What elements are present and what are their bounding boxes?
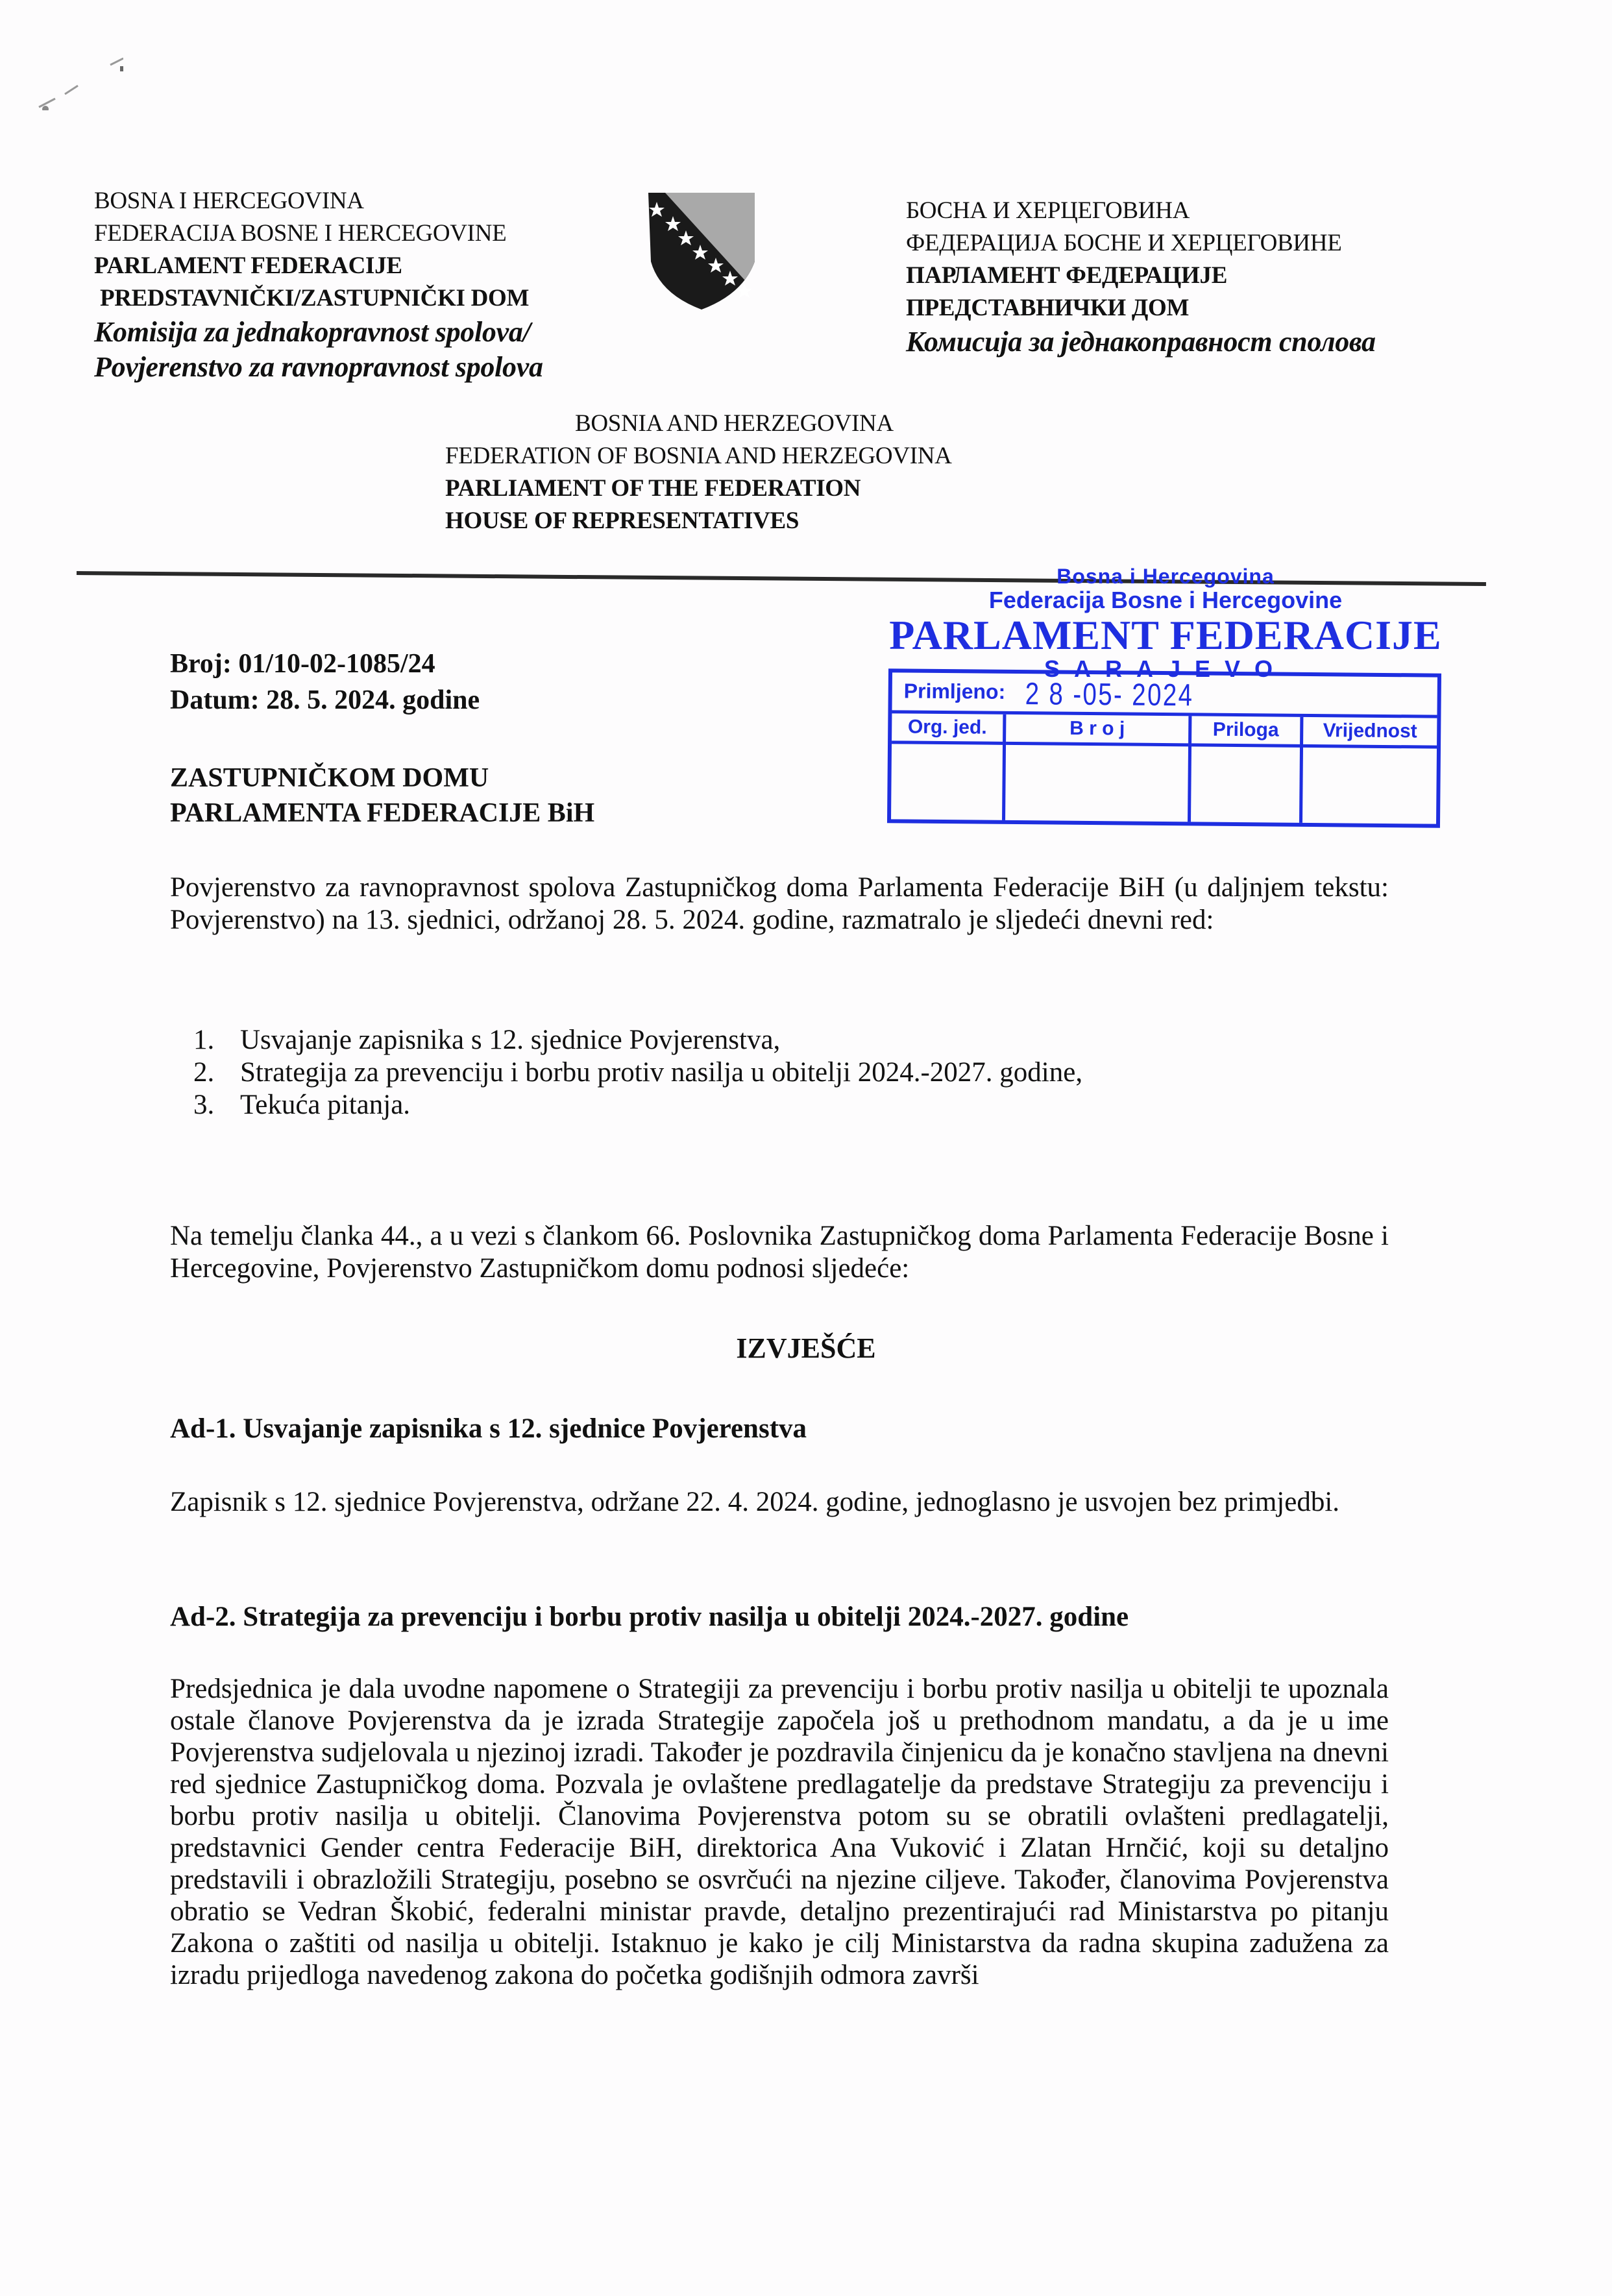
- stamp-col-attachments: Priloga: [1191, 716, 1303, 822]
- stamp-columns: Org. jed. B r o j Priloga Vrijednost: [891, 713, 1437, 824]
- stamp-federation: Federacija Bosne i Hercegovine: [880, 587, 1451, 614]
- agenda-item-number: 1.: [193, 1024, 240, 1056]
- letterhead-committee: Povjerenstvo za ravnopravnost spolova: [94, 350, 543, 385]
- recipient: ZASTUPNIČKOM DOMU PARLAMENTA FEDERACIJE …: [170, 761, 594, 831]
- letterhead-en-country: BOSNIA AND HERZEGOVINA: [445, 408, 952, 440]
- letterhead-left: BOSNA I HERCEGOVINA FEDERACIJA BOSNE I H…: [94, 185, 543, 385]
- stamp-col-org: Org. jed.: [891, 713, 1006, 820]
- stamp-col-header: Org. jed.: [892, 713, 1003, 744]
- agenda-item-number: 2.: [193, 1056, 240, 1089]
- recipient-line1: ZASTUPNIČKOM DOMU: [170, 761, 594, 796]
- stamp-col-header: Priloga: [1191, 716, 1300, 747]
- agenda-item: 1.Usvajanje zapisnika s 12. sjednice Pov…: [193, 1024, 1082, 1056]
- stamp-received-label: Primljeno:: [904, 679, 1006, 703]
- reception-stamp: Bosna i Hercegovina Federacija Bosne i H…: [880, 559, 1451, 838]
- letterhead-commission: Komisija za jednakopravnost spolova/: [94, 315, 543, 350]
- letterhead-parliament: PARLAMENT FEDERACIJE: [94, 250, 543, 282]
- letterhead-cyr-house: ПРЕДСТАВНИЧКИ ДОМ: [906, 292, 1376, 324]
- stamp-parliament: PARLAMENT FEDERACIJE: [880, 611, 1451, 659]
- letterhead-en-house: HOUSE OF REPRESENTATIVES: [445, 505, 952, 537]
- letterhead-cyr-parliament: ПАРЛАМЕНТ ФЕДЕРАЦИЈЕ: [906, 260, 1376, 292]
- stamp-col-header: Vrijednost: [1303, 717, 1437, 749]
- legal-basis-paragraph: Na temelju članka 44., a u vezi s članko…: [170, 1220, 1389, 1285]
- letterhead-cyr-country: БОСНА И ХЕРЦЕГОВИНА: [906, 195, 1376, 227]
- stamp-col-value: Vrijednost: [1302, 717, 1437, 824]
- letterhead-country: BOSNA I HERCEGOVINA: [94, 185, 543, 217]
- letterhead-en-parliament: PARLIAMENT OF THE FEDERATION: [445, 472, 952, 505]
- section-heading-ad2: Ad-2. Strategija za prevenciju i borbu p…: [170, 1601, 1129, 1633]
- agenda-item-text: Usvajanje zapisnika s 12. sjednice Povje…: [240, 1024, 780, 1056]
- stamp-country: Bosna i Hercegovina: [880, 565, 1451, 589]
- agenda-item: 2.Strategija za prevenciju i borbu proti…: [193, 1056, 1082, 1089]
- bih-coat-of-arms-icon: [646, 190, 757, 311]
- agenda-item: 3.Tekuća pitanja.: [193, 1089, 1082, 1121]
- agenda-list: 1.Usvajanje zapisnika s 12. sjednice Pov…: [193, 1024, 1082, 1121]
- agenda-item-text: Tekuća pitanja.: [240, 1089, 410, 1121]
- section-body-ad1: Zapisnik s 12. sjednice Povjerenstva, od…: [170, 1486, 1389, 1519]
- letterhead-house: PREDSTAVNIČKI/ZASTUPNIČKI DOM: [94, 282, 543, 315]
- document-number: Broj: 01/10-02-1085/24: [170, 646, 480, 682]
- letterhead-federation: FEDERACIJA BOSNE I HERCEGOVINE: [94, 217, 543, 250]
- agenda-item-number: 3.: [193, 1089, 240, 1121]
- letterhead-en-federation: FEDERATION OF BOSNIA AND HERZEGOVINA: [445, 440, 952, 472]
- document-meta: Broj: 01/10-02-1085/24 Datum: 28. 5. 202…: [170, 646, 480, 718]
- stamp-col-number: B r o j: [1005, 714, 1191, 822]
- stamp-received-row: Primljeno: 2 8 -05- 2024: [892, 672, 1437, 718]
- section-body-ad2: Predsjednica je dala uvodne napomene o S…: [170, 1673, 1389, 1991]
- intro-paragraph: Povjerenstvo za ravnopravnost spolova Za…: [170, 872, 1389, 936]
- scan-artifact-mark: [19, 39, 123, 110]
- letterhead-cyr-commission: Комисија за једнакоправност сполова: [906, 324, 1376, 360]
- letterhead-english: BOSNIA AND HERZEGOVINA FEDERATION OF BOS…: [445, 408, 952, 537]
- recipient-line2: PARLAMENTA FEDERACIJE BiH: [170, 796, 594, 831]
- letterhead-cyr-federation: ФЕДЕРАЦИЈА БОСНЕ И ХЕРЦЕГОВИНЕ: [906, 227, 1376, 260]
- stamp-received-date: 2 8 -05- 2024: [1025, 676, 1193, 713]
- agenda-item-text: Strategija za prevenciju i borbu protiv …: [240, 1056, 1082, 1089]
- document-date: Datum: 28. 5. 2024. godine: [170, 682, 480, 718]
- stamp-col-header: B r o j: [1006, 714, 1188, 746]
- stamp-box: Primljeno: 2 8 -05- 2024 Org. jed. B r o…: [887, 668, 1441, 827]
- report-title: IZVJEŠĆE: [0, 1332, 1612, 1365]
- letterhead-right: БОСНА И ХЕРЦЕГОВИНА ФЕДЕРАЦИЈА БОСНЕ И Х…: [906, 195, 1376, 360]
- section-heading-ad1: Ad-1. Usvajanje zapisnika s 12. sjednice…: [170, 1413, 807, 1445]
